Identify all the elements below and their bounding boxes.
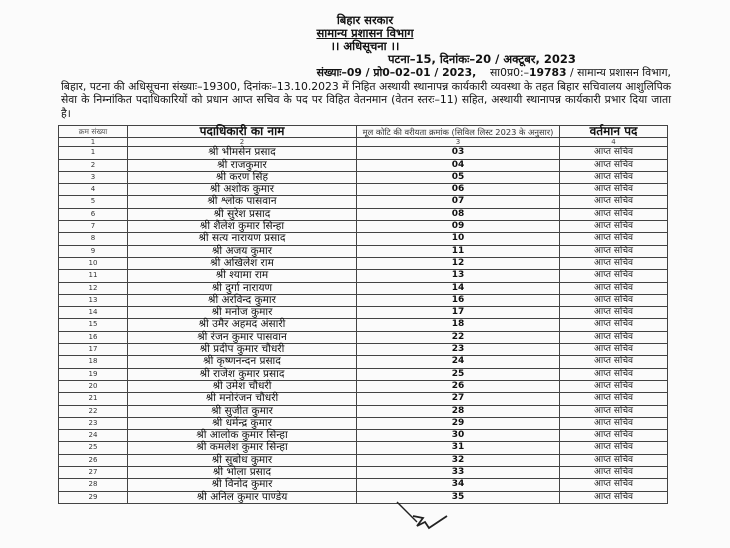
- table-row: 13श्री अरविन्द कुमार16आप्त सचिव: [59, 294, 668, 306]
- serial-cell: 28: [59, 479, 128, 491]
- name-cell: श्री सुबोध कुमार: [128, 454, 357, 466]
- current-post-cell: आप्त सचिव: [560, 184, 668, 196]
- seniority-cell: 24: [357, 356, 560, 368]
- name-cell: श्री कृष्णनन्दन प्रसाद: [128, 356, 357, 368]
- serial-cell: 2: [59, 159, 128, 171]
- name-cell: श्री राजेश कुमार प्रसाद: [128, 368, 357, 380]
- ref-prefix: सा0प्र0:–: [490, 66, 529, 79]
- seniority-cell: 23: [357, 344, 560, 356]
- current-post-cell: आप्त सचिव: [560, 257, 668, 269]
- name-cell: श्री भीमसेन प्रसाद: [128, 147, 357, 159]
- serial-cell: 24: [59, 430, 128, 442]
- name-cell: श्री अजय कुमार: [128, 245, 357, 257]
- place-date: पटना–15, दिनांकः–20 / अक्टूबर, 2023: [388, 52, 576, 67]
- seniority-cell: 34: [357, 479, 560, 491]
- col-index: 1: [59, 138, 128, 147]
- current-post-cell: आप्त सचिव: [560, 467, 668, 479]
- serial-cell: 1: [59, 147, 128, 159]
- serial-cell: 15: [59, 319, 128, 331]
- name-cell: श्री प्रदीप कुमार चौधरी: [128, 344, 357, 356]
- seniority-cell: 04: [357, 159, 560, 171]
- serial-cell: 10: [59, 257, 128, 269]
- ref-rest: / सामान्य प्रशासन विभाग,: [567, 66, 671, 79]
- notice-title: ।। अधिसूचना ।।: [0, 39, 730, 53]
- seniority-cell: 17: [357, 307, 560, 319]
- current-post-cell: आप्त सचिव: [560, 307, 668, 319]
- table-row: 24श्री आलोक कुमार सिन्हा30आप्त सचिव: [59, 430, 668, 442]
- serial-cell: 23: [59, 417, 128, 429]
- col-header-current-post: वर्तमान पद: [560, 126, 668, 138]
- serial-cell: 18: [59, 356, 128, 368]
- serial-cell: 7: [59, 221, 128, 233]
- current-post-cell: आप्त सचिव: [560, 417, 668, 429]
- current-post-cell: आप्त सचिव: [560, 454, 668, 466]
- current-post-cell: आप्त सचिव: [560, 171, 668, 183]
- current-post-cell: आप्त सचिव: [560, 319, 668, 331]
- current-post-cell: आप्त सचिव: [560, 356, 668, 368]
- name-cell: श्री राजकुमार: [128, 159, 357, 171]
- current-post-cell: आप्त सचिव: [560, 393, 668, 405]
- table-row: 27श्री भोला प्रसाद33आप्त सचिव: [59, 467, 668, 479]
- notice-body-text: बिहार, पटना की अधिसूचना संख्याः–19300, द…: [61, 80, 671, 120]
- col-index: 3: [357, 138, 560, 147]
- notice-first-line: संख्याः–09 / प्रो0–02–01 / 2023, सा0प्र0…: [61, 66, 671, 80]
- serial-cell: 9: [59, 245, 128, 257]
- table-row: 15श्री उमैर अहमद अंसारी18आप्त सचिव: [59, 319, 668, 331]
- table-row: 16श्री रंजन कुमार पासवान22आप्त सचिव: [59, 331, 668, 343]
- table-row: 12श्री दुर्गा नारायण14आप्त सचिव: [59, 282, 668, 294]
- current-post-cell: आप्त सचिव: [560, 491, 668, 503]
- current-post-cell: आप्त सचिव: [560, 196, 668, 208]
- current-post-cell: आप्त सचिव: [560, 368, 668, 380]
- name-cell: श्री दुर्गा नारायण: [128, 282, 357, 294]
- serial-cell: 6: [59, 208, 128, 220]
- table-row: 3श्री करण सिंह05आप्त सचिव: [59, 171, 668, 183]
- seniority-cell: 22: [357, 331, 560, 343]
- officer-table: क्रम संख्या पदाधिकारी का नाम मूल कोटि की…: [58, 125, 668, 504]
- serial-cell: 25: [59, 442, 128, 454]
- table-row: 29श्री अनिल कुमार पाण्डेय35आप्त सचिव: [59, 491, 668, 503]
- seniority-cell: 30: [357, 430, 560, 442]
- seniority-cell: 16: [357, 294, 560, 306]
- col-header-seniority: मूल कोटि की वरीयता क्रमांक (सिविल लिस्ट …: [357, 126, 560, 138]
- table-row: 26श्री सुबोध कुमार32आप्त सचिव: [59, 454, 668, 466]
- name-cell: श्री कमलेश कुमार सिन्हा: [128, 442, 357, 454]
- signature-icon: [395, 500, 455, 540]
- name-cell: श्री श्यामा राम: [128, 270, 357, 282]
- seniority-cell: 06: [357, 184, 560, 196]
- seniority-cell: 25: [357, 368, 560, 380]
- serial-cell: 5: [59, 196, 128, 208]
- government-title: बिहार सरकार: [0, 13, 730, 27]
- name-cell: श्री करण सिंह: [128, 171, 357, 183]
- serial-cell: 19: [59, 368, 128, 380]
- ref-number: 19783: [529, 66, 567, 79]
- seniority-cell: 33: [357, 467, 560, 479]
- table-row: 25श्री कमलेश कुमार सिन्हा31आप्त सचिव: [59, 442, 668, 454]
- current-post-cell: आप्त सचिव: [560, 233, 668, 245]
- current-post-cell: आप्त सचिव: [560, 221, 668, 233]
- serial-cell: 17: [59, 344, 128, 356]
- seniority-cell: 12: [357, 257, 560, 269]
- seniority-cell: 28: [357, 405, 560, 417]
- name-cell: श्री अरविन्द कुमार: [128, 294, 357, 306]
- serial-cell: 4: [59, 184, 128, 196]
- serial-cell: 14: [59, 307, 128, 319]
- department-title: सामान्य प्रशासन विभाग: [0, 26, 730, 40]
- table-row: 18श्री कृष्णनन्दन प्रसाद24आप्त सचिव: [59, 356, 668, 368]
- seniority-cell: 10: [357, 233, 560, 245]
- col-header-serial: क्रम संख्या: [59, 126, 128, 138]
- name-cell: श्री सुजीत कुमार: [128, 405, 357, 417]
- serial-cell: 27: [59, 467, 128, 479]
- serial-cell: 22: [59, 405, 128, 417]
- table-row: 19श्री राजेश कुमार प्रसाद25आप्त सचिव: [59, 368, 668, 380]
- serial-cell: 3: [59, 171, 128, 183]
- table-row: 21श्री मनोरंजन चौधरी27आप्त सचिव: [59, 393, 668, 405]
- table-row: 28श्री विनोद कुमार34आप्त सचिव: [59, 479, 668, 491]
- current-post-cell: आप्त सचिव: [560, 430, 668, 442]
- name-cell: श्री अखिलेश राम: [128, 257, 357, 269]
- table-header-row: क्रम संख्या पदाधिकारी का नाम मूल कोटि की…: [59, 126, 668, 138]
- seniority-cell: 03: [357, 147, 560, 159]
- name-cell: श्री उमैर अहमद अंसारी: [128, 319, 357, 331]
- table-row: 14श्री मनोज कुमार17आप्त सचिव: [59, 307, 668, 319]
- current-post-cell: आप्त सचिव: [560, 405, 668, 417]
- serial-cell: 11: [59, 270, 128, 282]
- seniority-cell: 32: [357, 454, 560, 466]
- current-post-cell: आप्त सचिव: [560, 479, 668, 491]
- table-row: 2श्री राजकुमार04आप्त सचिव: [59, 159, 668, 171]
- seniority-cell: 07: [357, 196, 560, 208]
- serial-cell: 12: [59, 282, 128, 294]
- table-row: 1श्री भीमसेन प्रसाद03आप्त सचिव: [59, 147, 668, 159]
- name-cell: श्री विनोद कुमार: [128, 479, 357, 491]
- name-cell: श्री भोला प्रसाद: [128, 467, 357, 479]
- serial-cell: 21: [59, 393, 128, 405]
- name-cell: श्री सत्य नारायण प्रसाद: [128, 233, 357, 245]
- current-post-cell: आप्त सचिव: [560, 147, 668, 159]
- table-row: 9श्री अजय कुमार11आप्त सचिव: [59, 245, 668, 257]
- table-row: 5श्री श्लोक पासवान07आप्त सचिव: [59, 196, 668, 208]
- seniority-cell: 26: [357, 380, 560, 392]
- current-post-cell: आप्त सचिव: [560, 442, 668, 454]
- seniority-cell: 31: [357, 442, 560, 454]
- table-row: 23श्री धर्मेन्द्र कुमार29आप्त सचिव: [59, 417, 668, 429]
- current-post-cell: आप्त सचिव: [560, 331, 668, 343]
- seniority-cell: 13: [357, 270, 560, 282]
- col-header-name: पदाधिकारी का नाम: [128, 126, 357, 138]
- current-post-cell: आप्त सचिव: [560, 282, 668, 294]
- seniority-cell: 08: [357, 208, 560, 220]
- notice-number: संख्याः–09 / प्रो0–02–01 / 2023,: [317, 66, 477, 79]
- table-row: 17श्री प्रदीप कुमार चौधरी23आप्त सचिव: [59, 344, 668, 356]
- current-post-cell: आप्त सचिव: [560, 270, 668, 282]
- table-row: 4श्री अशोक कुमार06आप्त सचिव: [59, 184, 668, 196]
- serial-cell: 26: [59, 454, 128, 466]
- col-index: 4: [560, 138, 668, 147]
- table-row: 11श्री श्यामा राम13आप्त सचिव: [59, 270, 668, 282]
- seniority-cell: 18: [357, 319, 560, 331]
- current-post-cell: आप्त सचिव: [560, 380, 668, 392]
- current-post-cell: आप्त सचिव: [560, 245, 668, 257]
- name-cell: श्री मनोरंजन चौधरी: [128, 393, 357, 405]
- table-row: 7श्री शैलेश कुमार सिन्हा09आप्त सचिव: [59, 221, 668, 233]
- table-row: 20श्री उमेश चौधरी26आप्त सचिव: [59, 380, 668, 392]
- current-post-cell: आप्त सचिव: [560, 159, 668, 171]
- serial-cell: 8: [59, 233, 128, 245]
- table-row: 10श्री अखिलेश राम12आप्त सचिव: [59, 257, 668, 269]
- seniority-cell: 11: [357, 245, 560, 257]
- serial-cell: 16: [59, 331, 128, 343]
- serial-cell: 13: [59, 294, 128, 306]
- notice-body: संख्याः–09 / प्रो0–02–01 / 2023, सा0प्र0…: [61, 66, 671, 120]
- table-row: 6श्री सुरेश प्रसाद08आप्त सचिव: [59, 208, 668, 220]
- seniority-cell: 29: [357, 417, 560, 429]
- name-cell: श्री रंजन कुमार पासवान: [128, 331, 357, 343]
- name-cell: श्री श्लोक पासवान: [128, 196, 357, 208]
- current-post-cell: आप्त सचिव: [560, 294, 668, 306]
- current-post-cell: आप्त सचिव: [560, 344, 668, 356]
- column-index-row: 1 2 3 4: [59, 138, 668, 147]
- serial-cell: 29: [59, 491, 128, 503]
- seniority-cell: 14: [357, 282, 560, 294]
- name-cell: श्री अनिल कुमार पाण्डेय: [128, 491, 357, 503]
- serial-cell: 20: [59, 380, 128, 392]
- seniority-cell: 35: [357, 491, 560, 503]
- table-row: 8श्री सत्य नारायण प्रसाद10आप्त सचिव: [59, 233, 668, 245]
- table-row: 22श्री सुजीत कुमार28आप्त सचिव: [59, 405, 668, 417]
- name-cell: श्री सुरेश प्रसाद: [128, 208, 357, 220]
- seniority-cell: 09: [357, 221, 560, 233]
- current-post-cell: आप्त सचिव: [560, 208, 668, 220]
- seniority-cell: 05: [357, 171, 560, 183]
- name-cell: श्री धर्मेन्द्र कुमार: [128, 417, 357, 429]
- seniority-cell: 27: [357, 393, 560, 405]
- name-cell: श्री उमेश चौधरी: [128, 380, 357, 392]
